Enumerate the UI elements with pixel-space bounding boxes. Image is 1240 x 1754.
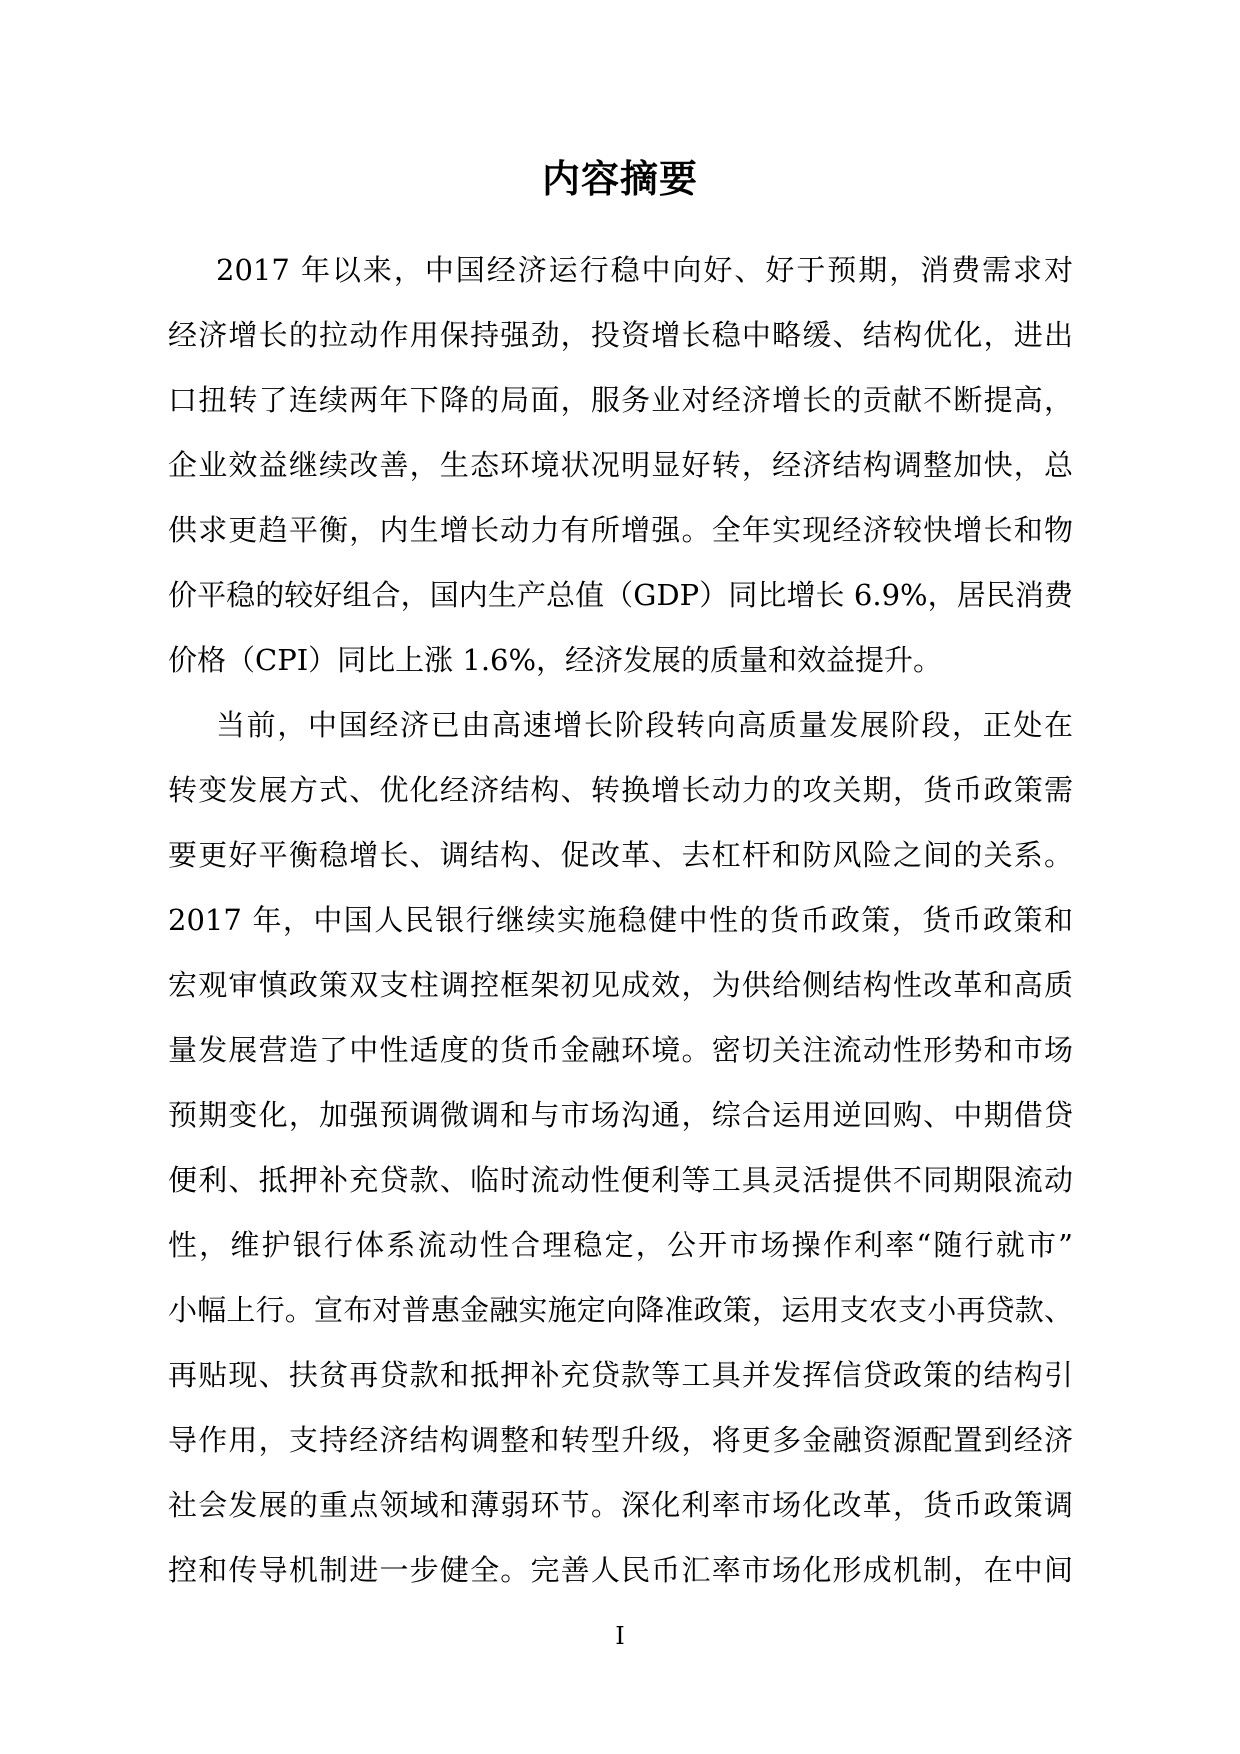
text-line: 转变发展方式、优化经济结构、转换增长动力的攻关期，货币政策需: [168, 758, 1073, 823]
paragraph: 2017 年以来，中国经济运行稳中向好、好于预期，消费需求对经济增长的拉动作用保…: [168, 238, 1073, 693]
text-line: 量发展营造了中性适度的货币金融环境。密切关注流动性形势和市场: [168, 1018, 1073, 1083]
text-line: 供求更趋平衡，内生增长动力有所增强。全年实现经济较快增长和物: [168, 498, 1073, 563]
text-line: 便利、抵押补充贷款、临时流动性便利等工具灵活提供不同期限流动: [168, 1148, 1073, 1213]
text-line: 社会发展的重点领域和薄弱环节。深化利率市场化改革，货币政策调: [168, 1473, 1073, 1538]
page-number: I: [0, 1622, 1240, 1650]
document-body: 2017 年以来，中国经济运行稳中向好、好于预期，消费需求对经济增长的拉动作用保…: [168, 238, 1073, 1603]
text-line: 控和传导机制进一步健全。完善人民币汇率市场化形成机制，在中间: [168, 1538, 1073, 1603]
text-line: 价平稳的较好组合，国内生产总值（GDP）同比增长 6.9%，居民消费: [168, 563, 1073, 628]
text-line: 性，维护银行体系流动性合理稳定，公开市场操作利率“随行就市”: [168, 1213, 1073, 1278]
text-line: 经济增长的拉动作用保持强劲，投资增长稳中略缓、结构优化，进出: [168, 303, 1073, 368]
text-line: 小幅上行。宣布对普惠金融实施定向降准政策，运用支农支小再贷款、: [168, 1278, 1073, 1343]
text-line: 2017 年，中国人民银行继续实施稳健中性的货币政策，货币政策和: [168, 888, 1073, 953]
text-line: 再贴现、扶贫再贷款和抵押补充贷款等工具并发挥信贷政策的结构引: [168, 1343, 1073, 1408]
text-line: 价格（CPI）同比上涨 1.6%，经济发展的质量和效益提升。: [168, 628, 1073, 693]
paragraph: 当前，中国经济已由高速增长阶段转向高质量发展阶段，正处在转变发展方式、优化经济结…: [168, 693, 1073, 1603]
text-line: 企业效益继续改善，生态环境状况明显好转，经济结构调整加快，总: [168, 433, 1073, 498]
text-line: 2017 年以来，中国经济运行稳中向好、好于预期，消费需求对: [168, 238, 1073, 303]
page-title: 内容摘要: [0, 148, 1240, 203]
text-line: 要更好平衡稳增长、调结构、促改革、去杠杆和防风险之间的关系。: [168, 823, 1073, 888]
text-line: 当前，中国经济已由高速增长阶段转向高质量发展阶段，正处在: [168, 693, 1073, 758]
text-line: 预期变化，加强预调微调和与市场沟通，综合运用逆回购、中期借贷: [168, 1083, 1073, 1148]
text-line: 口扭转了连续两年下降的局面，服务业对经济增长的贡献不断提高，: [168, 368, 1073, 433]
text-line: 宏观审慎政策双支柱调控框架初见成效，为供给侧结构性改革和高质: [168, 953, 1073, 1018]
text-line: 导作用，支持经济结构调整和转型升级，将更多金融资源配置到经济: [168, 1408, 1073, 1473]
document-page: 内容摘要 2017 年以来，中国经济运行稳中向好、好于预期，消费需求对经济增长的…: [0, 0, 1240, 1754]
